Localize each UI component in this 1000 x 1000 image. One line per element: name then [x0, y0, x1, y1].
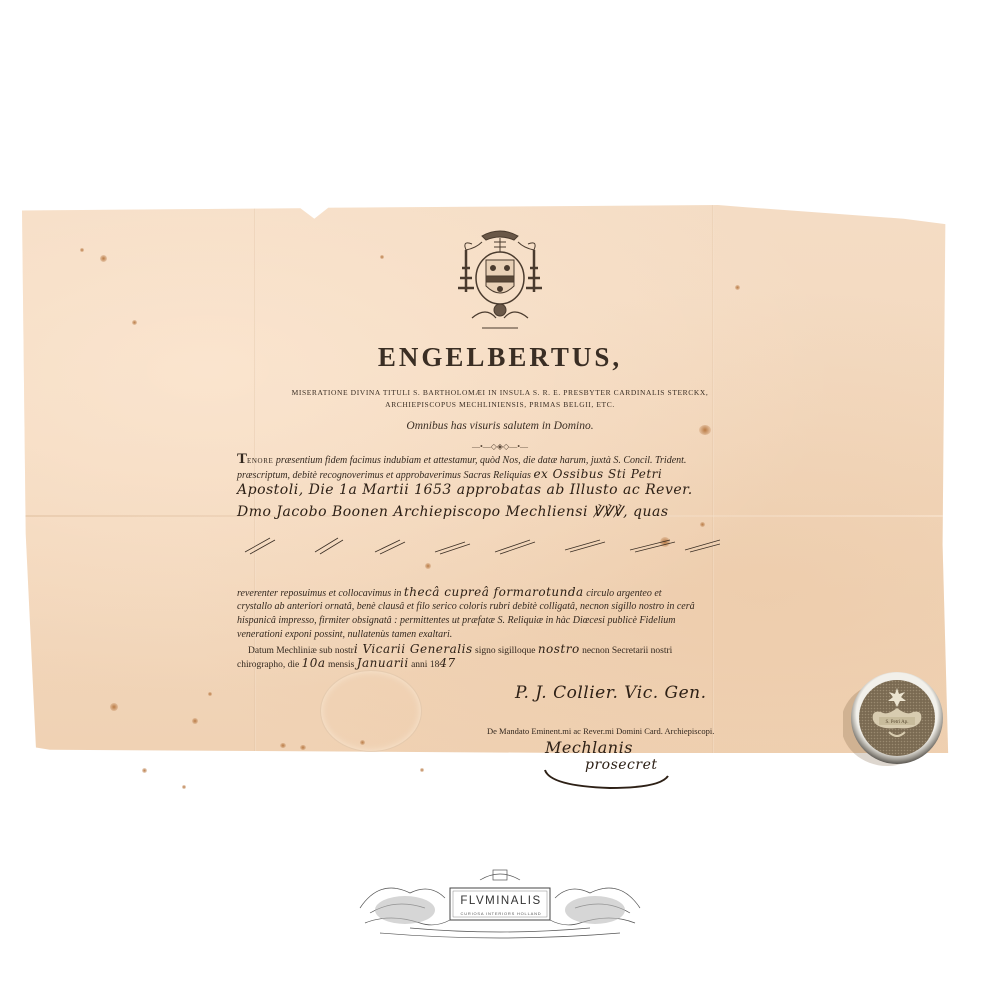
paragraph-line: TENORE præsentium fidem facimus indubiam… [237, 453, 757, 468]
logo-tagline: CURIOSA INTERIORS HOLLAND [451, 911, 551, 916]
svg-text:S. Petri Ap.: S. Petri Ap. [885, 720, 908, 725]
document-title: ENGELBERTUS, [0, 342, 1000, 373]
coat-of-arms-icon [452, 228, 548, 338]
secretary-signature: Mechlanis [545, 738, 633, 757]
paragraph-line: venerationi exponi possint, nullatenùs t… [237, 628, 757, 641]
paragraph-line: reverenter reposuimus et collocavimus in… [237, 586, 757, 600]
handwritten-text: ex Ossibus Sti Petri [533, 467, 662, 481]
dating-line: chirographo, die 10a mensis Januarii ann… [237, 657, 757, 672]
reliquary-theca-icon: S. Petri Ap. [843, 668, 945, 770]
signature-flourish [540, 762, 680, 792]
fluminalis-logo [350, 868, 650, 948]
handwritten-text: thecâ cupreâ formarotunda [404, 585, 584, 599]
filler-strokes [240, 530, 720, 560]
logo-name: FLVMINALIS [451, 895, 551, 907]
salutation: Omnibus has visuris salutem in Domino. [0, 420, 1000, 432]
ornament-divider: —•—◇◈◇—•— [0, 442, 1000, 451]
mandate-line: De Mandato Eminent.mi ac Rever.mi Domini… [487, 726, 714, 736]
title-subline-1: MISERATIONE DIVINA TITULI S. BARTHOLOMÆI… [0, 388, 1000, 397]
dating-line: Datum Mechliniæ sub nostri Vicarii Gener… [248, 643, 768, 658]
embossed-seal [320, 670, 422, 752]
paragraph-line: crystallo ab anteriori ornatâ, benè clau… [237, 600, 757, 613]
vicar-signature: P. J. Collier. Vic. Gen. [515, 683, 707, 703]
title-subline-2: ARCHIEPISCOPUS MECHLINIENSIS, PRIMAS BEL… [0, 400, 1000, 409]
paragraph-line: hispanicâ impresso, firmiter obsignatâ :… [237, 614, 757, 627]
handwritten-line: Apostoli, Die 1a Martii 1653 approbatas … [237, 484, 757, 497]
paragraph-line: præscriptum, debitè recognoverimus et ap… [237, 468, 757, 482]
handwritten-line: Dmo Jacobo Boonen Archiepiscopo Mechlien… [237, 506, 757, 519]
drop-cap: T [237, 451, 247, 467]
